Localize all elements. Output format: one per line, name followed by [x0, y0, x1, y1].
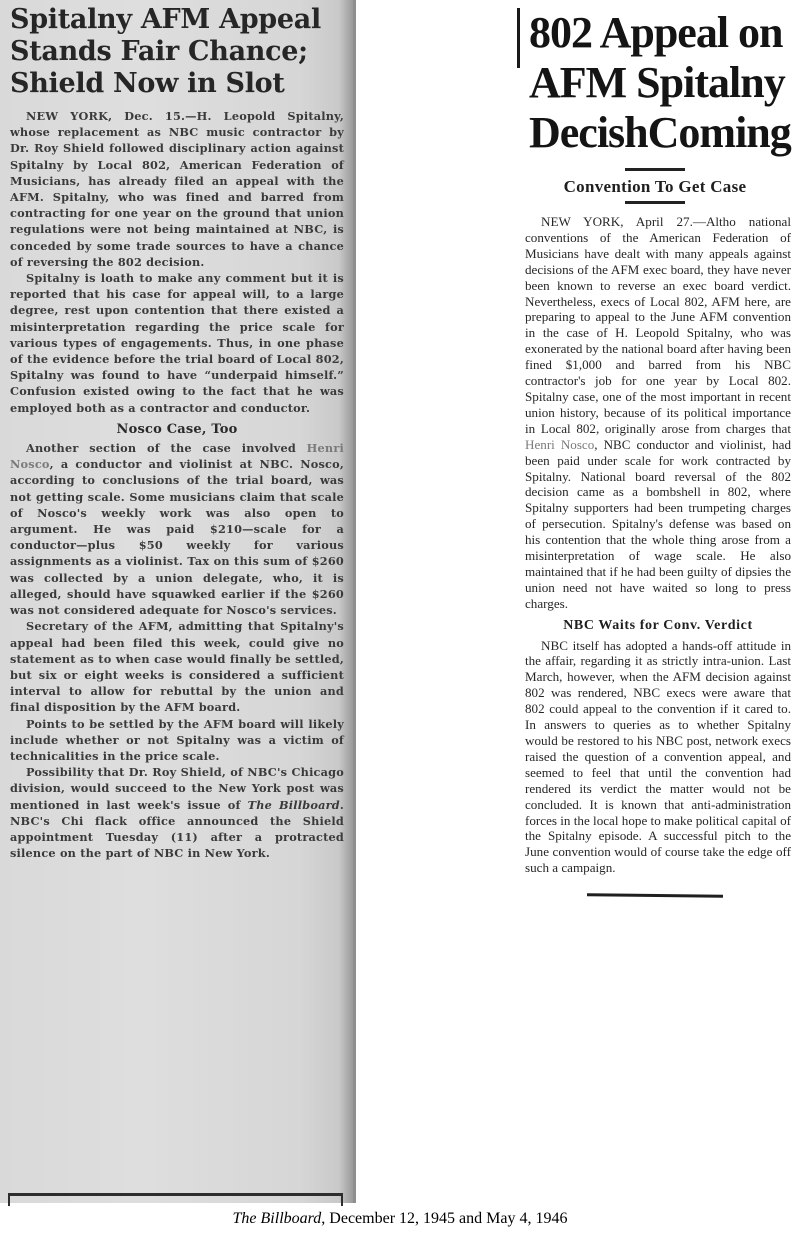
highlighted-name: Henri Nosco — [525, 437, 594, 452]
divider — [625, 201, 685, 204]
left-headline: Spitalny AFM Appeal Stands Fair Chance; … — [10, 4, 344, 100]
right-headline-line: 802 Appeal on — [529, 8, 793, 58]
left-paragraph: Spitalny is loath to make any comment bu… — [10, 270, 344, 416]
right-headline: 802 Appeal on AFM Spitalny DecishComing — [529, 8, 793, 158]
left-paragraph: Another section of the case involved Hen… — [10, 440, 344, 618]
right-headline-line: DecishComing — [529, 108, 793, 158]
source-caption: The Billboard, December 12, 1945 and May… — [0, 1210, 800, 1228]
clipping-border — [517, 8, 520, 68]
right-subhead: Convention To Get Case — [517, 177, 793, 197]
left-headline-line: Shield Now in Slot — [10, 68, 344, 100]
right-paragraph: NBC itself has adopted a hands-off attit… — [525, 638, 791, 877]
right-newspaper-clipping: 802 Appeal on AFM Spitalny DecishComing … — [517, 8, 793, 1133]
left-article-body: NEW YORK, Dec. 15.—H. Leopold Spitalny, … — [10, 108, 344, 861]
left-newspaper-clipping: Spitalny AFM Appeal Stands Fair Chance; … — [0, 0, 356, 1203]
left-headline-line: Stands Fair Chance; — [10, 36, 344, 68]
right-headline-line: AFM Spitalny — [529, 58, 793, 108]
bottom-rule — [8, 1193, 343, 1206]
left-paragraph: Secretary of the AFM, admitting that Spi… — [10, 618, 344, 715]
right-paragraph: NEW YORK, April 27.—Altho national conve… — [525, 214, 791, 612]
left-subhead: Nosco Case, Too — [10, 422, 344, 438]
caption-publication: The Billboard — [233, 1210, 322, 1227]
divider — [625, 168, 685, 171]
right-article-body: NEW YORK, April 27.—Altho national conve… — [525, 214, 791, 876]
left-headline-line: Spitalny AFM Appeal — [10, 4, 344, 36]
left-paragraph: Possibility that Dr. Roy Shield, of NBC'… — [10, 764, 344, 861]
left-paragraph: NEW YORK, Dec. 15.—H. Leopold Spitalny, … — [10, 108, 344, 270]
end-rule — [587, 893, 723, 897]
right-subhead-2: NBC Waits for Conv. Verdict — [525, 618, 791, 634]
publication-name: The Billboard — [248, 798, 340, 812]
caption-dates: , December 12, 1945 and May 4, 1946 — [321, 1210, 567, 1227]
left-paragraph: Points to be settled by the AFM board wi… — [10, 716, 344, 765]
